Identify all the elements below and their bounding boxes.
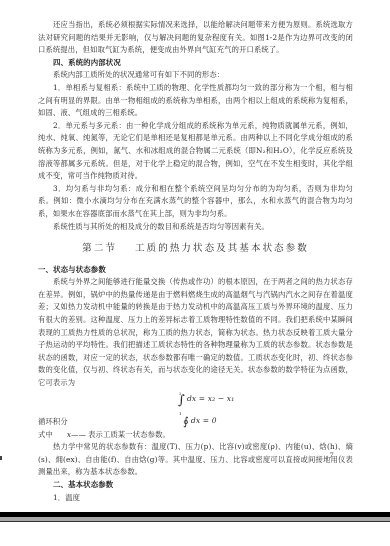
subsection-heading-1: 一、状态与状态参数 bbox=[38, 264, 353, 277]
where-symbol: x—— bbox=[67, 430, 86, 439]
where-label: 式中 bbox=[38, 430, 53, 439]
state-parameters-paragraph: 系统与外界之间能够进行能量交换（传热或作功）的根本原因，在于两者之间的热力状态存… bbox=[38, 276, 353, 389]
intro-paragraph: 还应当指出，系统必须根据实际情况来选择，以能给解决问题带来方便为原则。系统选取方… bbox=[38, 19, 353, 57]
formula-state-integral: 2 ∫dx = x₂ − x₁ 1 bbox=[38, 390, 353, 416]
parameters-list-paragraph: 热力学中常见的状态参数有：温度(T)、压力(p)、比容(v)或密度(ρ)、内能(… bbox=[38, 441, 353, 479]
formula-1-expression: dx = x₂ − x₁ bbox=[187, 394, 234, 403]
document-page: 还应当指出，系统必须根据实际情况来选择，以能给解决问题带来方便为原则。系统选取方… bbox=[0, 0, 390, 512]
subsection-heading-4: 四、系统的内部状况 bbox=[38, 57, 353, 70]
section-label: 第二节 bbox=[82, 243, 117, 254]
integral-symbol: ∫ bbox=[178, 393, 185, 408]
section-title: 第二节工质的热力状态及其基本状态参数 bbox=[38, 243, 353, 256]
page-content: 还应当指出，系统必须根据实际情况来选择，以能给解决问题带来方便为原则。系统选取方… bbox=[38, 19, 353, 504]
next-page-area bbox=[0, 522, 390, 546]
section-heading: 工质的热力状态及其基本状态参数 bbox=[135, 243, 309, 254]
page-number: 7 bbox=[329, 452, 333, 460]
subsection-4-intro: 系统内部工质所处的状况通常可有如下不同的形态： bbox=[38, 69, 353, 82]
subsection-heading-2: 二、基本状态参数 bbox=[38, 479, 353, 492]
cyclic-integral-row: 循环积分 ∮dx = 0 bbox=[38, 416, 353, 429]
list-item-single-component: 2．单元系与多元系：由一种化学成分组成的系统称为单元系，纯物质就属单元系，例如，… bbox=[38, 120, 353, 183]
cyclic-integral-label: 循环积分 bbox=[38, 416, 68, 429]
subsection-4-closing: 系统性质与其所处的相及成分的数目和系统是否均匀等因素有关。 bbox=[38, 221, 353, 234]
where-description: 表示工质某一状态参数。 bbox=[88, 430, 170, 439]
list-item-single-phase: 1．单相系与复相系：系统中工质的物理、化学性质都均匀一致的部分称为一个相，相与相… bbox=[38, 82, 353, 120]
contour-integral-symbol: ∮ bbox=[183, 415, 189, 428]
scan-edge-mark bbox=[0, 456, 2, 460]
where-clause: 式中x——表示工质某一状态参数。 bbox=[38, 429, 353, 442]
temperature-item: 1．温度 bbox=[38, 492, 353, 505]
list-item-homogeneous: 3．均匀系与非均匀系：成分和相在整个系统空间呈均匀分布的为均匀系，否则为非均匀系… bbox=[38, 183, 353, 221]
formula-2-expression: dx = 0 bbox=[191, 416, 217, 425]
